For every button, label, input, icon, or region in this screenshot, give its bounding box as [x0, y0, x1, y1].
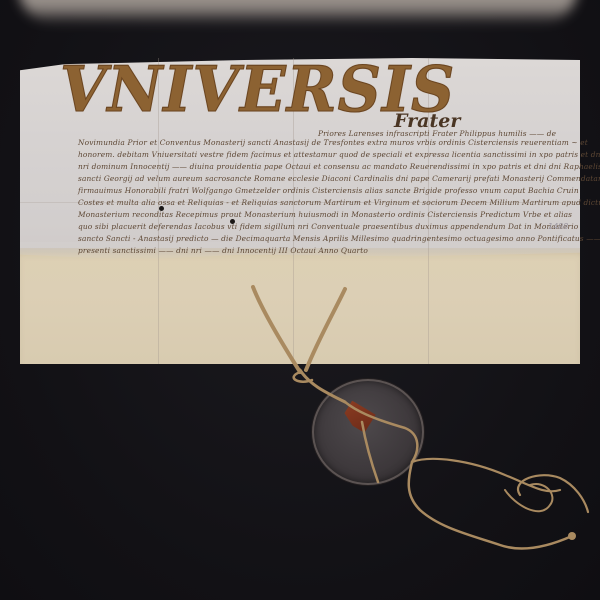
text-line: Priores Larenses infrascripti Frater Phi…: [318, 129, 556, 138]
text-line: presenti sanctissimi —— dni nri —— dni I…: [78, 246, 368, 255]
text-line: honorem. debitam Vniuersitati vestre fid…: [78, 150, 600, 159]
text-line: sancto Sancti - Anastasij predicto — die…: [78, 234, 600, 243]
charter-document: VNIVERSIS Frater Priores Larenses infras…: [18, 52, 580, 364]
text-line: nri dominum Innocentij —— diuina prouide…: [78, 162, 600, 171]
pencil-annotation: 1488: [548, 222, 568, 231]
text-line: Novimundia Prior et Conventus Monasterij…: [78, 138, 588, 147]
cord-hole: [230, 219, 235, 224]
parchment-plica: [20, 248, 580, 364]
text-line: firmauimus Honorabili fratri Wolfgango G…: [78, 186, 579, 195]
text-line: Monasterium reconditas Recepimus prout M…: [78, 210, 572, 219]
blurred-foreground-edge: [18, 0, 578, 24]
cord-hole: [159, 206, 164, 211]
text-line: Costes et multa alia ossa et Reliquias -…: [78, 198, 600, 207]
text-line: sancti Georgij ad velum aureum sacrosanc…: [78, 174, 600, 183]
text-line: quo sibi placuerit deferendas Iacobus vt…: [78, 222, 578, 231]
